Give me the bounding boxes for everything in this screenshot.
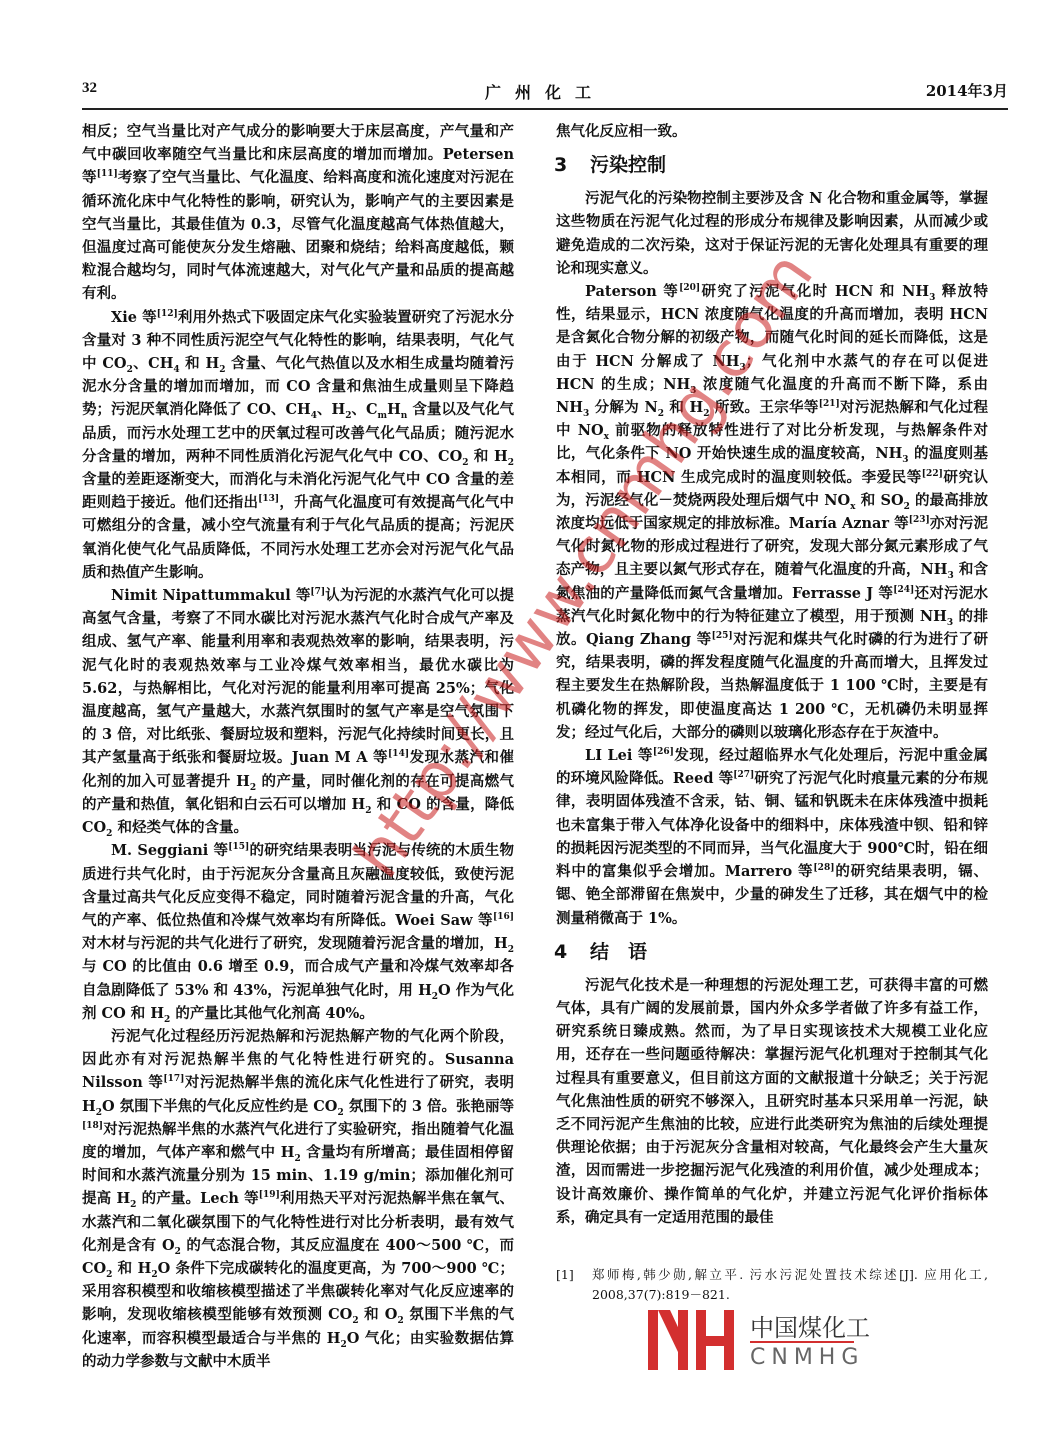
body-paragraph: 污泥气化过程经历污泥热解和污泥热解产物的气化两个阶段，因此亦有对污泥热解半焦的气…: [82, 1025, 514, 1373]
section-number: 4: [554, 939, 590, 965]
logo-divider: [750, 1341, 854, 1343]
section-heading-4: 4结 语: [554, 939, 988, 965]
logo-chinese-name: 中国煤化工: [750, 1308, 870, 1343]
body-paragraph: Paterson 等[20]研究了污泥气化时 HCN 和 NH3 释放特性，结果…: [556, 280, 988, 744]
body-paragraph: 相反；空气当量比对产气成分的影响要大于床层高度，产气量和产气中碳回收率随空气当量…: [82, 120, 514, 306]
site-logo: 中国煤化工 CNMHG: [648, 1308, 888, 1378]
body-paragraph: 污泥气化的污染物控制主要涉及含 N 化合物和重金属等，掌握这些物质在污泥气化过程…: [556, 187, 988, 280]
section-title-text: 结 语: [590, 941, 647, 963]
issue-date: 2014年3月: [926, 80, 1008, 101]
body-paragraph: M. Seggiani 等[15]的研究结果表明当污泥与传统的木质生物质进行共气…: [82, 839, 514, 1025]
section-title-text: 污染控制: [590, 154, 666, 176]
references-list: [1]郑师梅,韩少勋,解立平. 污水污泥处置技术综述[J]. 应用化工, 200…: [556, 1265, 988, 1305]
section-3-body: 污泥气化的污染物控制主要涉及含 N 化合物和重金属等，掌握这些物质在污泥气化过程…: [556, 187, 988, 930]
left-column: 相反；空气当量比对产气成分的影响要大于床层高度，产气量和产气中碳回收率随空气当量…: [82, 120, 514, 1373]
right-column: 焦气化反应相一致。 3污染控制 污泥气化的污染物控制主要涉及含 N 化合物和重金…: [556, 120, 988, 1305]
section-heading-3: 3污染控制: [554, 152, 988, 178]
reference-number: [1]: [556, 1265, 592, 1305]
body-paragraph: LI Lei 等[26]发现，经过超临界水气化处理后，污泥中重金属的环境风险降低…: [556, 744, 988, 930]
reference-item: [1]郑师梅,韩少勋,解立平. 污水污泥处置技术综述[J]. 应用化工, 200…: [556, 1265, 988, 1305]
mh-logo-mark-icon: [648, 1310, 734, 1370]
body-paragraph: Nimit Nipattummakul 等[7]认为污泥的水蒸汽气化可以提高氢气…: [82, 584, 514, 839]
body-paragraph: Xie 等[12]利用外热式下吸固定床气化实验装置研究了污泥水分含量对 3 种不…: [82, 306, 514, 584]
journal-title: 广州化工: [82, 80, 1008, 103]
logo-english-name: CNMHG: [750, 1345, 864, 1370]
reference-text: 郑师梅,韩少勋,解立平. 污水污泥处置技术综述[J]. 应用化工, 2008,3…: [592, 1265, 988, 1305]
section-number: 3: [554, 152, 590, 178]
section-4-body: 污泥气化技术是一种理想的污泥处理工艺，可获得丰富的可燃气体，具有广阔的发展前景，…: [556, 974, 988, 1229]
page-header: 32 广州化工 2014年3月: [82, 78, 1008, 110]
body-paragraph: 污泥气化技术是一种理想的污泥处理工艺，可获得丰富的可燃气体，具有广阔的发展前景，…: [556, 974, 988, 1229]
document-page: 32 广州化工 2014年3月 相反；空气当量比对产气成分的影响要大于床层高度，…: [0, 0, 1050, 1448]
continuation-paragraph: 焦气化反应相一致。: [556, 120, 988, 143]
